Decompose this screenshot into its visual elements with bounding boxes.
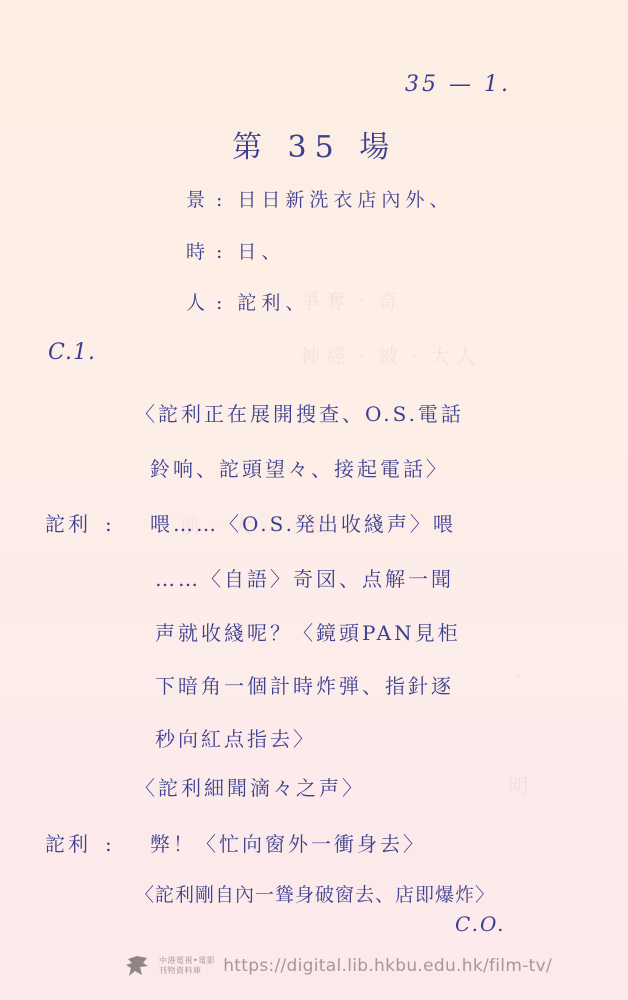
shot-label: C.1. (48, 340, 96, 365)
archive-url: https://digital.lib.hkbu.edu.hk/film-tv/ (223, 956, 552, 976)
archive-name: 中港電視•電影 刊物資料庫 (159, 956, 215, 976)
cut-label: C.O. (455, 912, 506, 936)
bleed-through-mark: 神經‧被‧大人 (300, 340, 482, 369)
meta-value: 詑利、 (237, 292, 309, 314)
bleed-through-mark: 爭奪‧奇 (300, 285, 404, 314)
dialogue-line: 秒向紅点指去〉 (155, 723, 316, 752)
bleed-through-mark: ‧ (515, 665, 527, 689)
meta-colon: : (216, 241, 227, 263)
meta-key: 時 (186, 241, 210, 263)
archive-logo-icon (125, 953, 151, 979)
archive-name-line1: 中港電視•電影 (159, 956, 215, 966)
action-line: 〈詑利正在展開搜查、O.S.電話 (135, 398, 464, 427)
meta-time: 時:日、 (186, 237, 285, 264)
meta-colon: : (216, 292, 227, 314)
speaker-label: 詑利: (45, 508, 115, 537)
speaker-colon: : (105, 832, 115, 856)
meta-value: 日日新洗衣店內外、 (237, 189, 453, 211)
archive-name-line2: 刊物資料庫 (159, 966, 215, 976)
meta-colon: : (216, 189, 227, 211)
meta-value: 日、 (237, 241, 285, 263)
meta-location: 景:日日新洗衣店內外、 (186, 185, 453, 212)
speaker-colon: : (105, 512, 115, 536)
scene-title: 第 35 場 (232, 122, 397, 166)
watermark: 中港電視•電影 刊物資料庫 https://digital.lib.hkbu.e… (125, 950, 552, 982)
page-number: 35 — 1. (405, 72, 511, 97)
meta-key: 景 (186, 189, 210, 211)
action-line: 〈詑利剛自內一聳身破窗去、店即爆炸〉 (135, 880, 495, 907)
dialogue-line: 下暗角一個計時炸弾、指針逐 (155, 670, 454, 699)
meta-characters: 人:詑利、 (186, 288, 309, 315)
dialogue-line: 弊！〈忙向窗外一衝身去〉 (150, 828, 426, 857)
action-line: 〈詑利細聞滴々之声〉 (135, 772, 365, 801)
dialogue-line: 声就收綫呢？〈鏡頭PAN見柜 (155, 617, 461, 646)
speaker-label: 詑利: (45, 828, 115, 857)
speaker-name: 詑利 (45, 512, 91, 536)
bleed-through-mark: ‧ 明 (470, 770, 534, 799)
meta-key: 人 (186, 292, 210, 314)
dialogue-line: ……〈自語〉奇㘝、点解一聞 (155, 563, 454, 592)
action-line: 鈴响、詑頭望々、接起電話〉 (150, 453, 449, 482)
speaker-name: 詑利 (45, 832, 91, 856)
dialogue-line: 喂……〈O.S.発出收綫声〉喂 (150, 508, 456, 537)
